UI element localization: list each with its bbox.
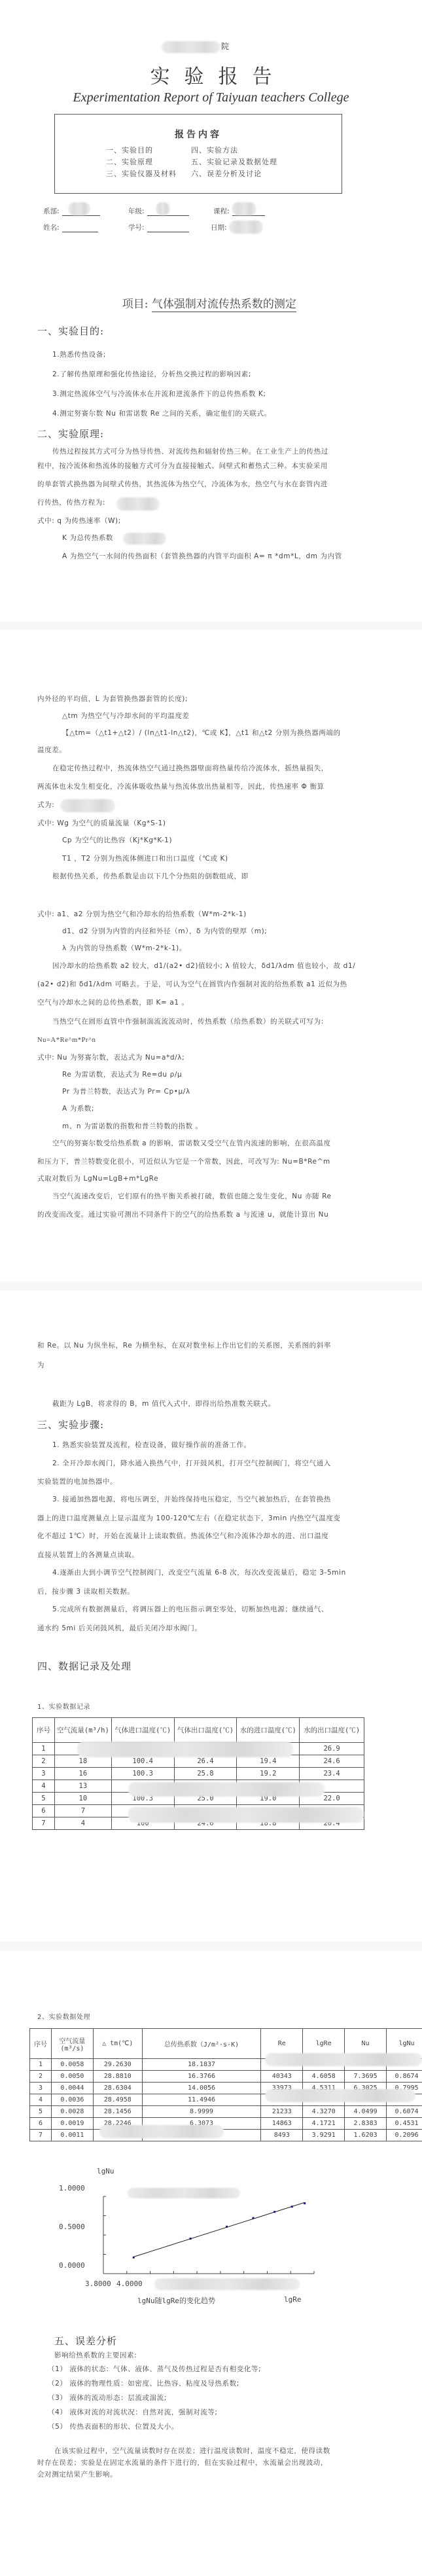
cell: 0.0058 [51, 2059, 93, 2071]
cell: 14863 [261, 2118, 303, 2130]
definition-line: λ 为内管的导热系数（W*m-2*k-1)。 [62, 944, 389, 953]
cell: 2 [30, 2071, 52, 2083]
paragraph-line: 会对测定结果产生影响。 [37, 2471, 364, 2479]
cell: 1 [30, 2059, 52, 2071]
report-title-cn: 实验报告 [0, 60, 422, 89]
redacted-table-cells [265, 2089, 415, 2102]
page-1: 院 实验报告 Experimentation Report of Taiyuan… [0, 0, 422, 621]
paragraph-line: 因冷却水的给热系数 a2 较大，d1/(a2• d2)值较小; λ 值较大，δd… [52, 962, 379, 971]
cell: 7 [33, 1817, 55, 1830]
table-header-row: 序号 空气流量(m³/h) 气体进口温度(℃) 气体出口温度(℃) 水的进口温度… [33, 1718, 364, 1743]
step-line: 1. 熟悉实验装置及流程，检查设备，做好操作前的准备工作。 [52, 1441, 379, 1450]
chart-plot-area [26, 2160, 393, 2321]
table-caption: 2、实验数据处理 [37, 2013, 364, 2022]
cell: 4.1721 [303, 2118, 345, 2130]
definition-line: A 为热空气一水间的传热面积（套管换热器的内管平均面积 A= π *dm*L，d… [62, 552, 389, 561]
factor-item: （3） 液体的流动形态：层流或湍流; [48, 2394, 375, 2403]
processed-data-table: 序号 空气流量(m³/s) △ tm(℃) 总传热系数（J/m²·s·K) Re… [29, 2028, 422, 2141]
redacted-dept [68, 202, 90, 215]
step-line: 3. 接通加热器电源，将电压调至，并始终保持电压稳定，当空气被加热后，在套管换热 [52, 1495, 379, 1504]
paragraph-line: 当空气流速改变后，它们原有的热平衡关系被打破，数值也随之发生变化，Nu 亦随 R… [52, 1192, 379, 1201]
step-line: 5.完成所有数据测量后，将调压器上的电压指示调至零处，切断加热电源；继续通气、 [52, 1605, 379, 1614]
cell: 26.9 [300, 1743, 364, 1755]
report-title-en: Experimentation Report of Taiyuan teache… [0, 90, 422, 105]
cell: 16 [54, 1768, 111, 1780]
column-header: 气体出口温度(℃) [174, 1718, 237, 1743]
column-header: 水的出口温度(℃) [300, 1718, 364, 1743]
table-row: 70.001184933.92911.62030.2096 [30, 2130, 422, 2141]
purpose-item: 4.测定努赛尔数 Nu 和雷诺数 Re 之间的关系，确定他们的关联式。 [52, 410, 379, 418]
cell: 28.8810 [93, 2071, 142, 2083]
step-line: 4.逐渐由大到小调节空气控制阀门，改变空气流量 6-8 次，每次改变流量后，稳定… [52, 1569, 379, 1577]
column-header: 空气流量(m³/h) [54, 1718, 111, 1743]
cell: 28.1456 [93, 2106, 142, 2118]
formula-line: Nu=A*Re^m*Pr^n [37, 1036, 364, 1045]
purpose-item: 1.熟悉传热设备; [52, 351, 379, 359]
cell: 0.6074 [387, 2106, 422, 2118]
paragraph-line: (a2• d2)和 δd1/λdm 可略去。于是，可认为空气在圆管内作强制对流的… [37, 980, 364, 989]
redacted-table-cells [128, 1807, 364, 1823]
column-header: △ tm(℃) [93, 2029, 142, 2059]
cell: 28.6304 [93, 2083, 142, 2094]
redacted-grade [156, 202, 170, 215]
formula-line: 【△tm=（△t1+△t2）/ (ln△t1-ln△t2)，℃或 K】，△t1 … [62, 729, 389, 738]
step-line: 通水约 5mi 后关闭鼓风机，最后关闭冷却水阀门。 [37, 1624, 364, 1633]
section-heading-principle: 二、实验原理: [37, 427, 104, 440]
step-line: 后，按步骤 3 读取相关数据。 [37, 1588, 364, 1596]
purpose-item: 3.测定热流体空气与冷流体水在并流和逆流条件下的总传热系数 K; [52, 390, 379, 399]
grade-label: 年级: [128, 207, 145, 215]
contents-item: 六、误差分析及讨论 [191, 168, 262, 179]
course-label: 课程: [213, 207, 230, 215]
column-header: 空气流量(m³/s) [51, 2029, 93, 2059]
cell: 7.3695 [345, 2071, 387, 2083]
project-title: 项目: 气体强制对流传热系数的测定 [0, 295, 422, 311]
section-heading-error: 五、误差分析 [54, 2334, 117, 2348]
redacted-formula [60, 799, 115, 812]
paragraph-line: 程中，按冷流体和热流体的接触方式可分为直接接触式、间壁式和蓄热式三种。本实验采用 [37, 462, 364, 471]
definition-line: △tm 为热空气与冷却水间的平均温度差 [62, 712, 389, 721]
college-label: 院 [221, 41, 229, 52]
cell: 18.1837 [142, 2059, 261, 2071]
definition-line: Cp 为空气的比热容（Kj*Kg*K-1) [62, 836, 389, 845]
redacted-course [232, 202, 256, 215]
paragraph-line: 在该实验过程中，空气流量读数时存在误差；进行温度读数时，温度不稳定，使得读数 [54, 2447, 381, 2456]
step-line: 实验装置的电加热器中。 [37, 1478, 364, 1486]
definition-line: K 为总传热系数 [62, 534, 389, 543]
step-line: 化不超过 1℃）时，开始在流量计上读取数值。热流体空气和冷流体冷却水的进、出口温… [37, 1532, 364, 1541]
paragraph-line: 的单套管式换热器为间壁式传热，其热流体为热空气，冷流体为水，热空气与水在套管内进 [37, 480, 364, 489]
paragraph-line: 根据传热关系，传热系数是由以下几个分热阻的倒数组成，即 [52, 872, 379, 881]
section-heading-purpose: 一、实验目的: [37, 324, 104, 338]
page-2: 内外径的平均值，L 为套管换热器套管的长度); △tm 为热空气与冷却水间的平均… [0, 630, 422, 1281]
cell: 2 [33, 1755, 55, 1768]
project-label: 项目: [122, 298, 149, 311]
lgnu-vs-lgre-chart: lgNu 1.0000 0.5000 0.0000 3.8000 4.0000 … [26, 2160, 393, 2321]
table-caption: 1、实验数据记录 [37, 1703, 364, 1711]
section-heading-data: 四、数据记录及处理 [37, 1659, 132, 1673]
cell: 7 [54, 1805, 111, 1817]
cell: 1 [33, 1743, 55, 1755]
redacted-date [229, 221, 263, 234]
project-name: 气体强制对流传热系数的测定 [152, 298, 296, 312]
cell: 8493 [261, 2130, 303, 2141]
column-header: 序号 [30, 2029, 52, 2059]
cell: 5 [30, 2106, 52, 2118]
definition-line: Pr 为普兰特数，表达式为 Pr= Cp•μ/λ [62, 1088, 389, 1096]
contents-item: 四、实验方法 [191, 145, 238, 155]
paragraph-line: 行传热，传热方程为: [37, 499, 364, 507]
cell: 25.8 [174, 1768, 237, 1780]
cell: 4 [30, 2094, 52, 2106]
redacted-college-name [162, 41, 220, 53]
name-label: 姓名: [43, 224, 60, 232]
table-row: 20.005028.881016.3766403434.60587.36950.… [30, 2071, 422, 2083]
cell: 16.3766 [142, 2071, 261, 2083]
paragraph-line: 为 [37, 1361, 364, 1370]
cell: 13 [54, 1780, 111, 1793]
cell: 2.8383 [345, 2118, 387, 2130]
paragraph-line: 空气与冷却水之间的总传热系数，即 K= a1 。 [37, 999, 364, 1007]
paragraph-line: 的改变而改变。通过实验可测出不同条件下的空气的给热系数 a 与流速 u，就能计算… [37, 1211, 364, 1219]
cell: 6 [30, 2118, 52, 2130]
cell: 28.4958 [93, 2094, 142, 2106]
contents-box-title: 报告内容 [55, 128, 342, 141]
cell: 8.9999 [142, 2106, 261, 2118]
table-row: 60.001928.22466.3073148634.17212.83830.4… [30, 2118, 422, 2130]
paragraph-line: 两流体也未发生相变化，冷流体吸收热量与热流体放出热量相等，因此，传热速率 Φ 衡… [37, 783, 364, 791]
paragraph-line: 在稳定传热过程中，热流体热空气通过换热器壁面将热量传给冷流体水，摇热量损失， [52, 764, 379, 773]
cell: 0.0050 [51, 2071, 93, 2083]
cell: 4.3270 [303, 2106, 345, 2118]
contents-item: 五、实验记录及数据处理 [191, 156, 277, 167]
student-id-field: 学号: [128, 223, 189, 232]
definition-line: m、n 为雷诺数的指数和普兰特数的指数 。 [62, 1122, 389, 1131]
cell: 3 [30, 2083, 52, 2094]
definition-line: 式中: a1、a2 分别为热空气和冷却水的给热系数（W*m-2*k-1) [37, 910, 364, 919]
formula-line: 式取对数后为 LgNu=LgB+m*LgRe [37, 1175, 364, 1183]
cell: 0.8674 [387, 2071, 422, 2083]
page-4: 2、实验数据处理 序号 空气流量(m³/s) △ tm(℃) 总传热系数（J/m… [0, 1951, 422, 2576]
table-row: 50.002828.14568.9999212334.32704.04990.6… [30, 2106, 422, 2118]
definition-line: 式中: Wg 为空气的质量流量（Kg*S-1) [37, 819, 364, 828]
redacted-table-cells [265, 2053, 422, 2066]
cell: 4 [33, 1780, 55, 1793]
factor-item: （4） 液体对流的对流状况：自然对流，强制对流等; [48, 2408, 375, 2417]
cell: 0.0044 [51, 2083, 93, 2094]
cell: 5 [33, 1793, 55, 1805]
page-separator [0, 621, 422, 630]
contents-item: 二、实验原理 [106, 156, 153, 167]
paragraph-line: 传热过程按其方式可分为热导传热、对流传热和辐射传热三种。在工业生产上的传热过 [52, 448, 379, 456]
cell: 100.3 [111, 1768, 174, 1780]
redacted-formula [116, 497, 160, 510]
definition-line: d1、d2 分别为内管的内径和外径（m），δ 为内管的壁厚（m); [62, 927, 389, 936]
dept-label: 系部: [43, 207, 60, 215]
page-separator [0, 1281, 422, 1291]
cell: 0.0028 [51, 2106, 93, 2118]
cell: 4.6058 [303, 2071, 345, 2083]
definition-line: 式中: Nu 为努赛尔数，表达式为 Nu=a*d/λ; [37, 1054, 364, 1062]
factor-item: （2） 液体的物理性质：如密度、比热容、粘度及导热系数; [48, 2380, 375, 2388]
contents-item: 三、实验仪器及材料 [106, 168, 177, 179]
redacted-table-cells [77, 1742, 293, 1757]
step-line: 直接从装置上的各测量点读取。 [37, 1551, 364, 1560]
name-field: 姓名: [43, 223, 98, 232]
column-header: 总传热系数（J/m²·s·K) [142, 2029, 261, 2059]
cell: 0.2096 [387, 2130, 422, 2141]
student-id-label: 学号: [128, 224, 145, 232]
page-3: 和 Re。以 Nu 为纵坐标，Re 为横坐标，在双对数坐标上作出它们的关系图，关… [0, 1291, 422, 1942]
date-label: 日期: [211, 224, 227, 232]
paragraph-line: 当热空气在圆形直管中作强制湍流流流动时，传热系数（给热系数）的关联式可写为: [52, 1018, 379, 1026]
definition-line: T1 ，T2 分别为热流体侧进口和出口温度（℃或 K) [62, 855, 389, 863]
paragraph-line: 时存在误差；实验是在固定水流量的条件下进行的，但在实验过程中，水流量会出现波动， [37, 2459, 364, 2467]
cell: 6 [33, 1805, 55, 1817]
paragraph-line: 空气的努赛尔数受给热系数 a 的影响，雷诺数又受空气在管内流速的影响，在很高温度 [52, 1139, 379, 1148]
cell: 0.0011 [51, 2130, 93, 2141]
paragraph-line: 温度差。 [37, 746, 364, 755]
section-heading-steps: 三、实验步骤: [37, 1418, 104, 1431]
paragraph-line: 影响给热系数的主要因素: [54, 2352, 381, 2360]
cell: 21233 [261, 2106, 303, 2118]
cell: 0.0036 [51, 2094, 93, 2106]
purpose-item: 2.了解传热原理和强化传热途径，分析热交换过程的影响因素; [52, 370, 379, 379]
redacted-table-cells [99, 2125, 224, 2138]
page-separator [0, 1942, 422, 1951]
factor-item: （5） 传热表面积的形状、位置及大小。 [48, 2423, 375, 2431]
factor-item: （1） 液体的状态：气体、液体、蒸气及传热过程是否有相变化等; [48, 2365, 375, 2374]
cell: 14.0056 [142, 2083, 261, 2094]
date-field: 日期: [211, 223, 227, 232]
cell: 3 [33, 1768, 55, 1780]
paragraph-line: 截距为 LgB，将求得的 B，m 值代入式中，即得出给热准数关联式。 [52, 1400, 379, 1408]
contents-box: 报告内容 一、实验目的 二、实验原理 三、实验仪器及材料 四、实验方法 五、实验… [54, 114, 342, 194]
paragraph-line: 和压力下，普兰特数变化很小，可近似认为它是一个常数，因此，可改写为: Nu=B*… [37, 1158, 364, 1166]
step-line: 器上的进口温度测量点上显示温度为 100-120℃左右（在稳定状态下，3min … [37, 1514, 364, 1523]
contents-item: 一、实验目的 [106, 145, 153, 155]
column-header: 气体进口温度(℃) [111, 1718, 174, 1743]
cell: 0.0019 [51, 2118, 93, 2130]
cell: 1.6203 [345, 2130, 387, 2141]
cell: 19.2 [237, 1768, 300, 1780]
cell: 4 [54, 1817, 111, 1830]
cell: 29.2630 [93, 2059, 142, 2071]
cell: 10 [54, 1793, 111, 1805]
table-row: 316100.325.819.223.4 [33, 1768, 364, 1780]
column-header: 水的进口温度(℃) [237, 1718, 300, 1743]
step-line: 2. 全开冷却水阀门，降水通入换热气中，打开鼓风机，打开空气控制阀门，将空气通入 [52, 1459, 379, 1468]
cell: 4.0499 [345, 2106, 387, 2118]
definition-line: A 为系数; [62, 1105, 389, 1113]
cell: 3.9291 [303, 2130, 345, 2141]
column-header: 序号 [33, 1718, 55, 1743]
cell: 24.6 [300, 1755, 364, 1768]
definition-line: Re 为雷诺数，表达式为 Re=du ρ/μ [62, 1071, 389, 1079]
redacted-unit [123, 533, 166, 545]
cell: 23.4 [300, 1768, 364, 1780]
redacted-table-cells [128, 1782, 325, 1797]
definition-line: 内外径的平均值，L 为套管换热器套管的长度); [37, 695, 364, 704]
cell: 7 [30, 2130, 52, 2141]
definition-line: 式中: q 为传热速率（W); [37, 517, 364, 526]
cell: 11.4946 [142, 2094, 261, 2106]
paragraph-line: 和 Re。以 Nu 为纵坐标，Re 为横坐标，在双对数坐标上作出它们的关系图，关… [37, 1342, 364, 1350]
cell: 40343 [261, 2071, 303, 2083]
cell: 0.4531 [387, 2118, 422, 2130]
